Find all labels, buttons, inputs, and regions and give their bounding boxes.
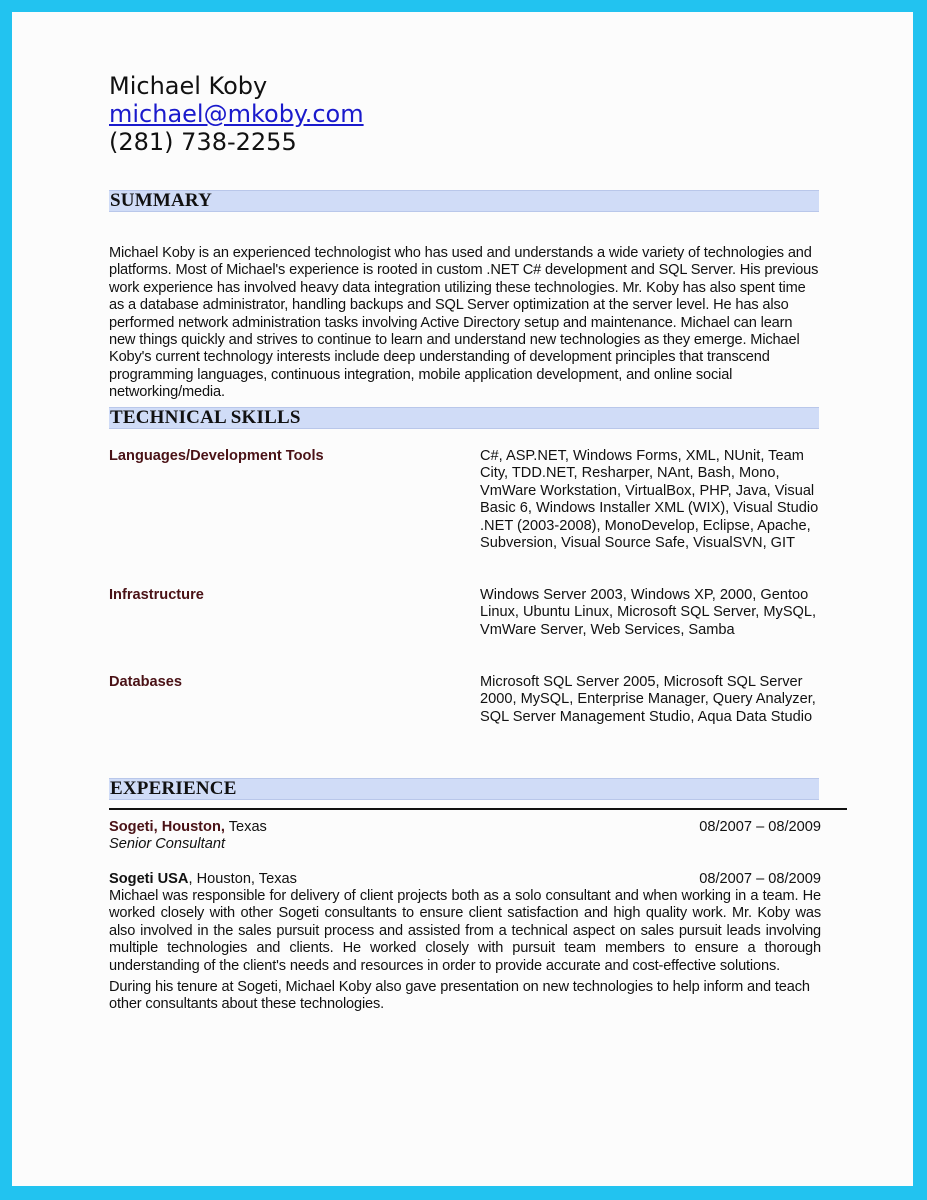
skill-label-languages: Languages/Development Tools (109, 448, 324, 465)
resume-page: Michael Koby michael@mkoby.com (281) 738… (12, 12, 913, 1186)
job-description: Michael was responsible for delivery of … (109, 888, 821, 1014)
job-dates: 08/2007 – 08/2009 (699, 871, 821, 888)
job-employer: Sogeti USA, Houston, Texas (109, 871, 297, 888)
skill-label-databases: Databases (109, 674, 182, 691)
job-header-sogeti-usa: Sogeti USA, Houston, Texas 08/2007 – 08/… (109, 871, 821, 888)
skill-value-infrastructure: Windows Server 2003, Windows XP, 2000, G… (480, 587, 830, 639)
skill-value-languages: C#, ASP.NET, Windows Forms, XML, NUnit, … (480, 448, 830, 552)
experience-divider (109, 808, 847, 810)
job-location: , Houston, Texas (188, 871, 296, 887)
job-title: Senior Consultant (109, 836, 225, 853)
phone-number: (281) 738-2255 (109, 128, 364, 156)
experience-heading: EXPERIENCE (109, 778, 819, 800)
technical-skills-heading: TECHNICAL SKILLS (109, 407, 819, 429)
email-link[interactable]: michael@mkoby.com (109, 100, 364, 128)
job-paragraph: Michael was responsible for delivery of … (109, 888, 821, 975)
experience-heading-text: EXPERIENCE (109, 778, 237, 799)
summary-heading-text: SUMMARY (109, 190, 212, 211)
skill-label-infrastructure: Infrastructure (109, 587, 204, 604)
summary-heading: SUMMARY (109, 190, 819, 212)
job-employer: Sogeti, Houston, Texas (109, 819, 267, 836)
technical-skills-heading-text: TECHNICAL SKILLS (109, 407, 301, 428)
job-dates: 08/2007 – 08/2009 (699, 819, 821, 836)
job-company: Sogeti USA (109, 871, 188, 887)
job-company: Sogeti, Houston, (109, 819, 225, 835)
job-header-sogeti: Sogeti, Houston, Texas 08/2007 – 08/2009 (109, 819, 821, 836)
summary-text: Michael Koby is an experienced technolog… (109, 245, 821, 402)
candidate-name: Michael Koby (109, 72, 364, 100)
job-location: Texas (225, 819, 267, 835)
skill-value-databases: Microsoft SQL Server 2005, Microsoft SQL… (480, 674, 830, 726)
contact-header: Michael Koby michael@mkoby.com (281) 738… (109, 72, 364, 156)
job-paragraph: During his tenure at Sogeti, Michael Kob… (109, 979, 821, 1014)
